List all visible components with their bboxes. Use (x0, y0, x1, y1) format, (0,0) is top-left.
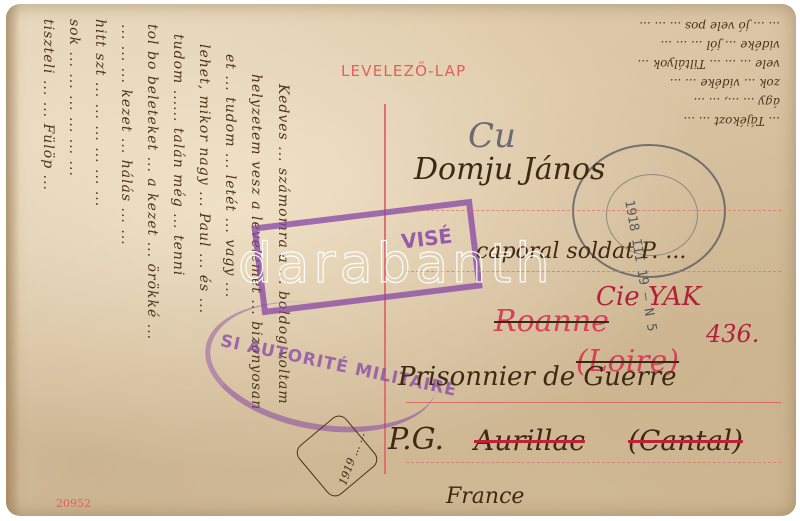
postcard-header-title: LEVELEZŐ-LAP (341, 62, 466, 80)
message-column: lehet, mikor nagy ... Paul ... és ... (196, 44, 212, 314)
print-number: 20952 (56, 497, 91, 510)
watermark: darabanth (238, 232, 554, 295)
upside-line: ... ... jó vele pos ... ... ... (500, 19, 780, 33)
recipient-name: Domju János (414, 152, 605, 187)
message-column: tiszteli ... ... Fülöp ... (40, 19, 56, 191)
upside-down-message: ... Tájékozt ... ... ágy ... ..., ... ..… (500, 14, 780, 133)
postcard: LEVELEZŐ-LAP ... Tájékozt ... ... ágy ..… (6, 4, 796, 516)
card-edge-shadow (6, 4, 20, 516)
struck-city: Roanne (494, 304, 609, 339)
struck-place: Aurillac (474, 424, 585, 457)
new-camp-number: 436. (706, 320, 759, 348)
message-column: hitt szt ... ... ... ... ... ... (92, 19, 108, 207)
upside-line: vidéke ... jól ... ... ... (500, 38, 780, 52)
address-rule (406, 402, 781, 403)
upside-line: vele ... ... ... Tiltályok ... (500, 57, 780, 71)
upside-line: zok ... vidéke ... ... (500, 76, 780, 90)
message-column: ... ... ... kezet ... hálás ... ... (118, 24, 134, 246)
message-column: et ... tudom ... letét ... vagy ... (222, 54, 238, 298)
address-rule (406, 210, 781, 211)
message-column: tol bo beleteket ... a kezet ... örökké … (144, 24, 160, 340)
upside-line: ágy ... ..., ... ... (500, 95, 780, 109)
upside-line: ... Tájékozt ... ... (500, 114, 780, 128)
address-rule (406, 462, 781, 463)
prisoner-of-war-line: Prisonnier de Guerre (398, 362, 677, 392)
new-camp-unit: Cie YAK (596, 282, 701, 312)
destination-country: France (446, 484, 524, 509)
message-column: tudom ...... talán még ... tenni (170, 34, 186, 276)
pencil-mark: Cu (468, 116, 516, 156)
pow-prefix: P.G. (388, 422, 444, 457)
message-column: sok ... ... ... ... ... ... (66, 19, 82, 177)
struck-region: (Cantal) (628, 424, 743, 457)
